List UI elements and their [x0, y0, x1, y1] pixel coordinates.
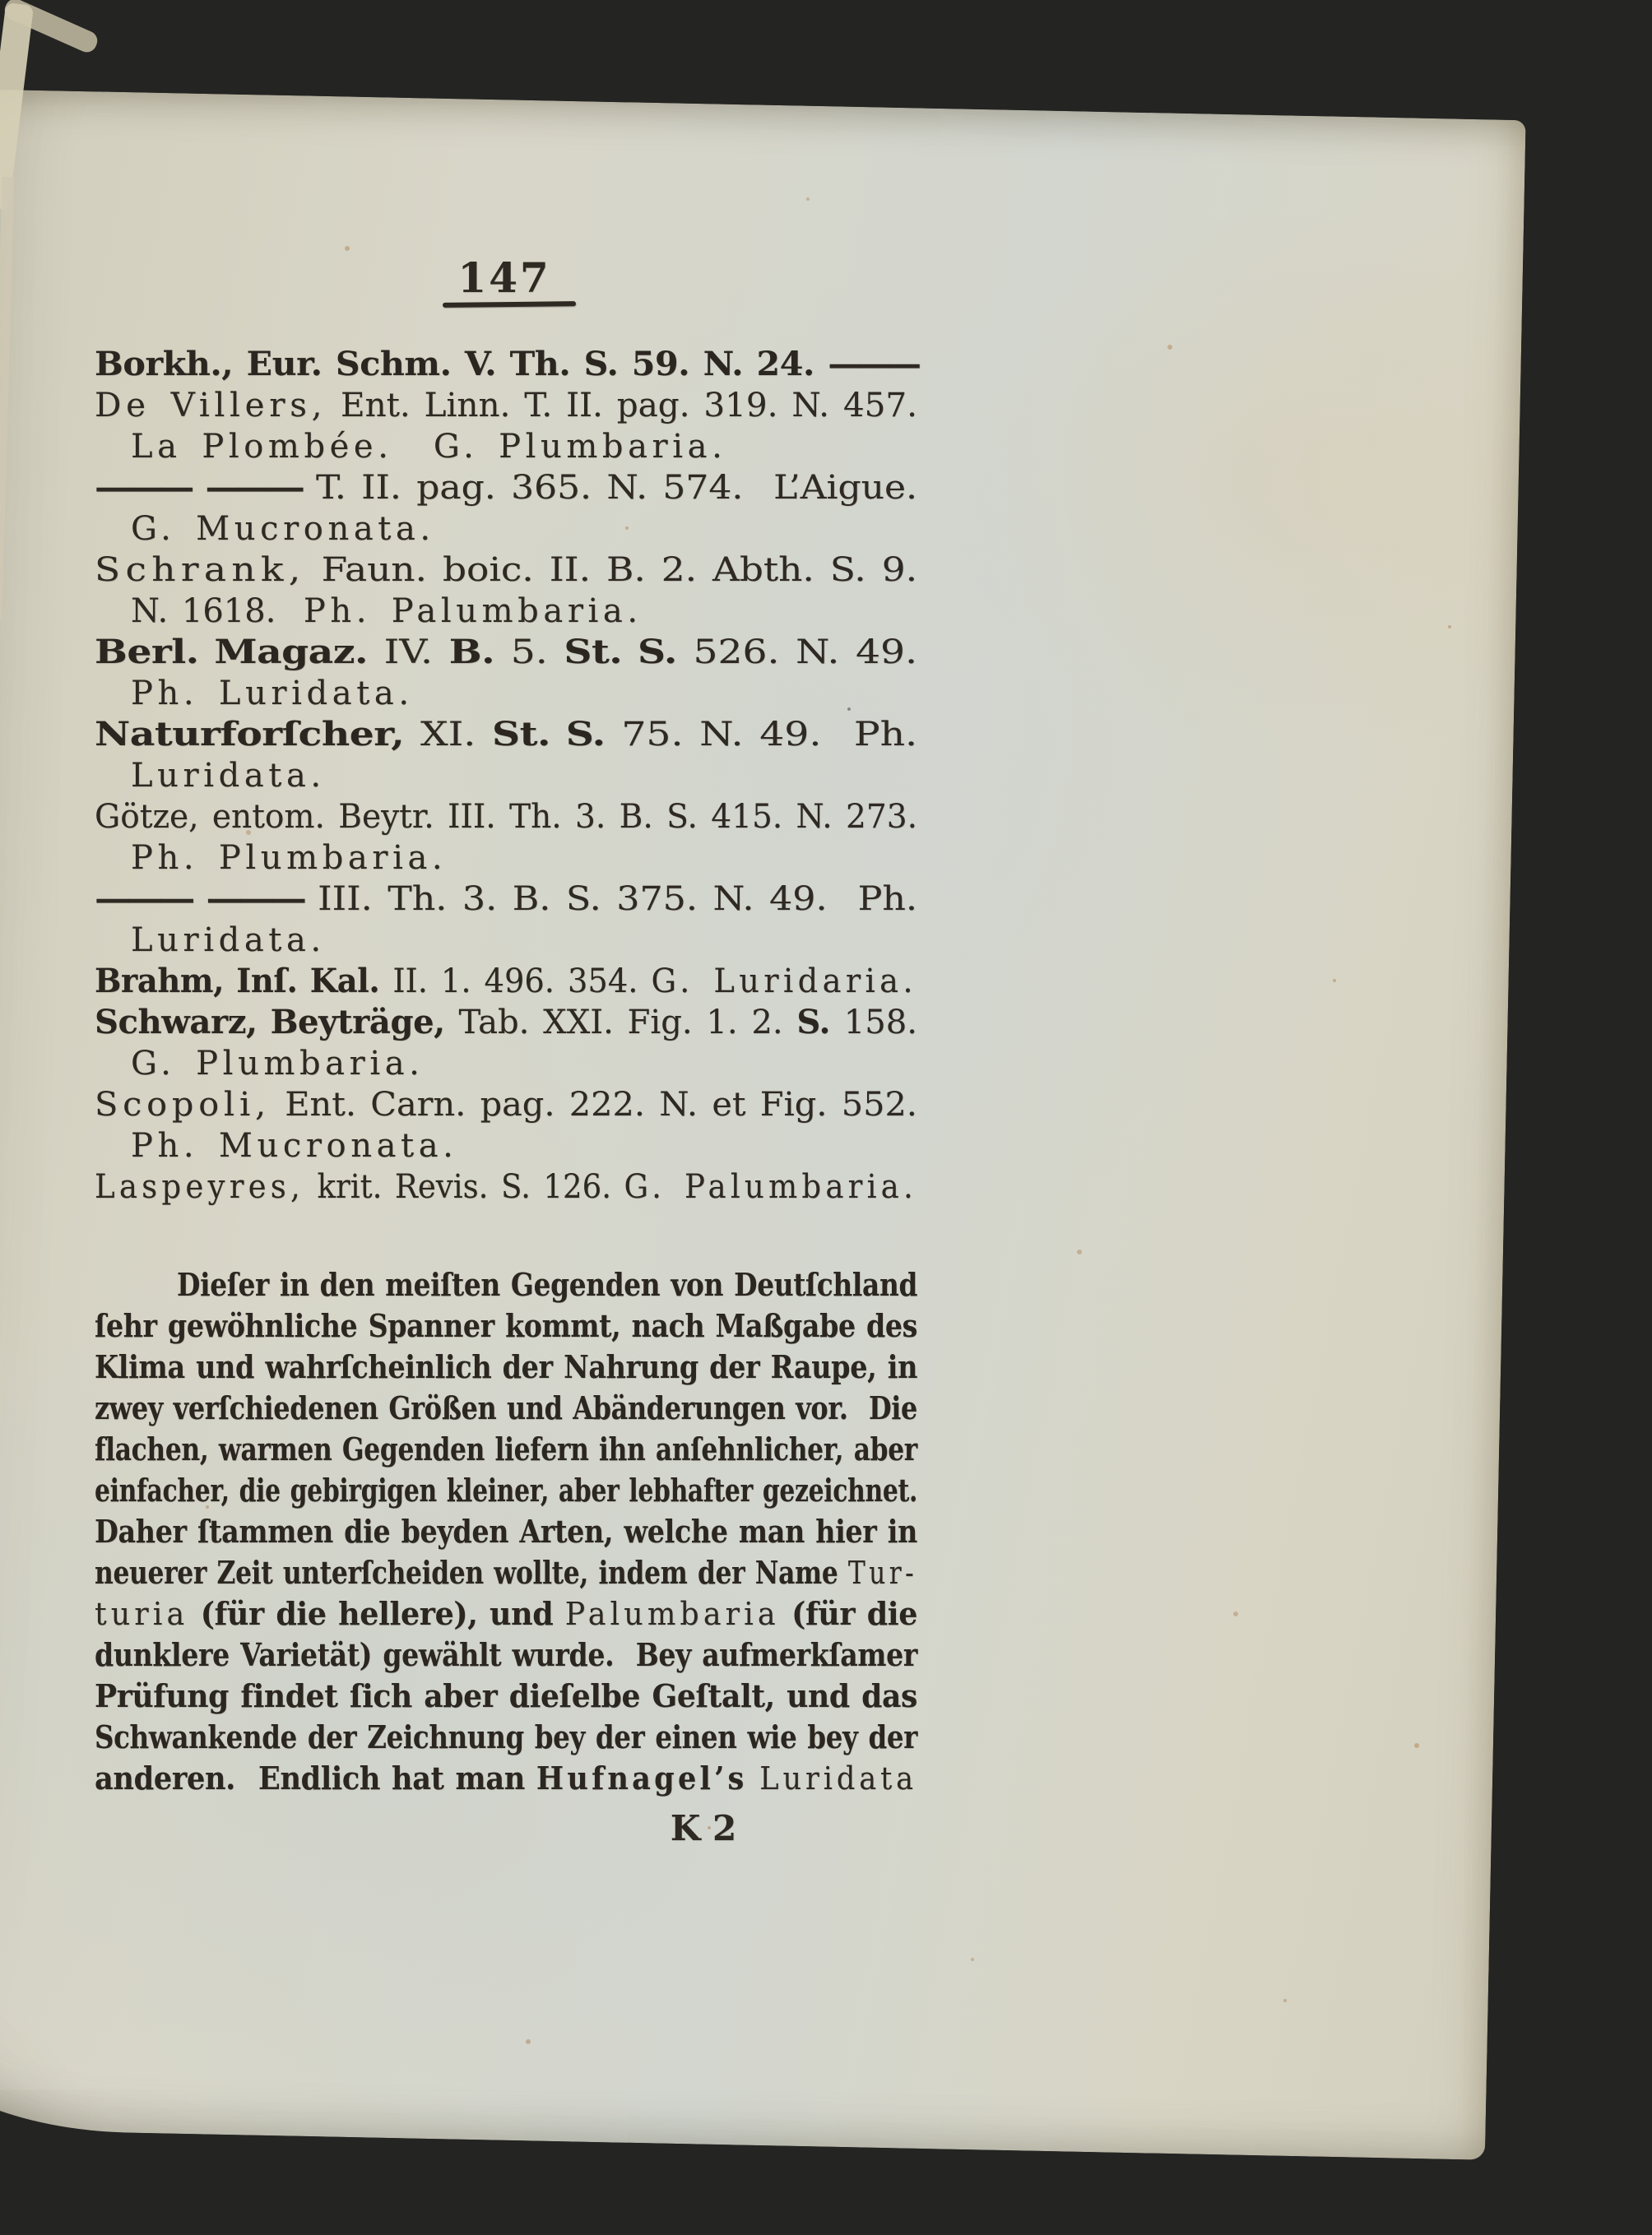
text-run: neuerer Zeit unterſcheiden wollte, indem…: [95, 1554, 848, 1591]
text-run: krit. Revis. S. 126.: [304, 1168, 624, 1206]
text-run: ſehr gewöhnliche Spanner kommt, nach Maß…: [95, 1307, 917, 1344]
signature-mark: K 2: [638, 1808, 769, 1848]
text-run: St. S.: [564, 633, 676, 671]
reference-line: Laspeyres, krit. Revis. S. 126. G. Palum…: [95, 1166, 917, 1208]
reference-line: G. Mucronata.: [95, 508, 917, 549]
paragraph-line: flachen, warmen Gegenden liefern ihn anſ…: [95, 1429, 917, 1470]
text-run: De Villers,: [95, 387, 327, 424]
paragraph-line: neuerer Zeit unterſcheiden wollte, indem…: [95, 1552, 917, 1593]
text-run: ———: [95, 879, 191, 918]
text-run: einfacher, die gebirgigen kleiner, aber …: [95, 1472, 917, 1509]
reference-line: Scopoli, Ent. Carn. pag. 222. N. et Fig.…: [95, 1084, 917, 1125]
reference-list: Borkh., Eur. Schm. V. Th. S. 59. N. 24. …: [95, 344, 917, 1208]
paragraph-line: Klima und wahrſcheinlich der Nahrung der…: [95, 1347, 917, 1388]
text-run: Hufnagel’s: [536, 1760, 748, 1797]
scan-background: 147 Borkh., Eur. Schm. V. Th. S. 59. N. …: [0, 0, 1652, 2235]
paragraph-line: Dieſer in den meiſten Gegenden von Deutſ…: [95, 1264, 917, 1305]
text-run: Schwarz, Beyträge,: [95, 1003, 445, 1041]
text-run: dunklere Varietät) gewählt wurde. Bey au…: [95, 1636, 917, 1673]
paragraph-line: Schwankende der Zeichnung bey der einen …: [95, 1717, 917, 1758]
text-run: Scopoli,: [95, 1086, 271, 1124]
reference-line: Brahm, Inſ. Kal. II. 1. 496. 354. G. Lur…: [95, 961, 917, 1002]
text-run: ———: [205, 468, 300, 507]
text-run: Berl. Magaz.: [95, 633, 368, 671]
text-run: G. Mucronata.: [131, 510, 435, 548]
text-run: S.: [796, 1003, 830, 1041]
reference-line: Ph. Luridata.: [95, 673, 917, 714]
paragraph-line: Prüfung findet ſich aber dieſelbe Geſtal…: [95, 1676, 917, 1717]
text-run: Schwankende der Zeichnung bey der einen …: [95, 1718, 917, 1755]
reference-line: Luridata.: [95, 920, 917, 961]
paragraph-line: ſehr gewöhnliche Spanner kommt, nach Maß…: [95, 1305, 917, 1347]
text-run: La Plombée. G. Plumbaria.: [131, 428, 726, 466]
text-run: T. II. pag. 365. N. 574. L’Aigue.: [301, 469, 917, 507]
page-number: 147: [422, 253, 587, 302]
text-run: [190, 469, 205, 507]
text-run: Borkh., Eur. Schm. V. Th. S. 59. N. 24.: [95, 345, 828, 383]
text-run: G. Plumbaria.: [131, 1045, 425, 1083]
text-run: Ent. Linn. T. II. pag. 319. N. 457.: [327, 387, 917, 424]
text-run: ———: [206, 879, 303, 918]
text-run: ———: [95, 468, 190, 507]
reference-line: Ph. Mucronata.: [95, 1125, 917, 1166]
text-run: 75. N. 49. Ph.: [606, 716, 917, 754]
reference-line: La Plombée. G. Plumbaria.: [95, 426, 917, 467]
text-run: Luridata.: [131, 757, 326, 795]
text-run: Ph. Luridata.: [131, 675, 414, 712]
text-run: III. Th. 3. B. S. 375. N. 49. Ph.: [303, 880, 917, 918]
reference-line: G. Plumbaria.: [95, 1043, 917, 1084]
paragraph-line: turia (für die hellere), und Palumbaria …: [95, 1593, 917, 1635]
text-run: Luridata: [759, 1760, 917, 1797]
text-run: B.: [449, 633, 494, 671]
paragraph-line: dunklere Varietät) gewählt wurde. Bey au…: [95, 1635, 917, 1676]
text-run: Klima und wahrſcheinlich der Nahrung der…: [95, 1348, 917, 1385]
text-run: Ph. Plumbaria.: [131, 839, 447, 877]
text-run: 158.: [830, 1004, 917, 1041]
text-run: Palumbaria: [565, 1596, 780, 1632]
reference-line: N. 1618. Ph. Palumbaria.: [95, 591, 917, 632]
text-run: II. 1. 496. 354.: [379, 962, 651, 1000]
text-run: Luridata.: [131, 921, 326, 959]
text-run: [191, 880, 206, 918]
reference-line: De Villers, Ent. Linn. T. II. pag. 319. …: [95, 385, 917, 426]
body-paragraph: Dieſer in den meiſten Gegenden von Deutſ…: [95, 1264, 917, 1799]
reference-line: Naturforſcher, XI. St. S. 75. N. 49. Ph.: [95, 714, 917, 755]
text-run: Dieſer in den meiſten Gegenden von Deutſ…: [177, 1266, 917, 1303]
text-run: anderen. Endlich hat man: [95, 1760, 536, 1797]
text-run: G. Luridaria.: [651, 962, 917, 1000]
text-run: St. S.: [492, 715, 606, 754]
text-run: zwey verſchiedenen Größen und Abänderung…: [95, 1389, 917, 1426]
text-run: G. Palumbaria.: [624, 1168, 917, 1206]
text-run: Naturforſcher,: [95, 715, 404, 754]
text-run: 526. N. 49.: [677, 633, 917, 671]
reference-line: ——— ——— III. Th. 3. B. S. 375. N. 49. Ph…: [95, 879, 917, 920]
paragraph-line: anderen. Endlich hat man Hufnagel’s Luri…: [95, 1758, 917, 1799]
text-run: Daher ſtammen die beyden Arten, welche m…: [95, 1513, 917, 1550]
text-run: Ph. Palumbaria.: [304, 592, 643, 630]
text-run: Laspeyres,: [95, 1168, 304, 1206]
text-run: 5.: [494, 633, 564, 671]
text-run: Prüfung findet ſich aber dieſelbe Geſtal…: [95, 1677, 917, 1714]
text-run: Tur-: [848, 1555, 917, 1591]
reference-line: ——— ——— T. II. pag. 365. N. 574. L’Aigue…: [95, 467, 917, 508]
text-run: Schrank,: [95, 551, 306, 589]
paragraph-line: zwey verſchiedenen Größen und Abänderung…: [95, 1388, 917, 1429]
reference-line: Götze, entom. Beytr. III. Th. 3. B. S. 4…: [95, 796, 917, 837]
text-run: Brahm, Inſ. Kal.: [95, 962, 379, 1000]
paper-specks: [0, 0, 3, 3]
text-run: turia: [95, 1596, 188, 1632]
text-run: [748, 1760, 760, 1797]
text-run: (für die hellere), und: [188, 1595, 565, 1632]
paragraph-line: Daher ſtammen die beyden Arten, welche m…: [95, 1511, 917, 1552]
text-run: N. 1618.: [131, 592, 304, 630]
reference-line: Luridata.: [95, 755, 917, 796]
reference-line: Ph. Plumbaria.: [95, 837, 917, 879]
text-run: Tab. XXI. Fig. 1. 2.: [445, 1004, 797, 1041]
reference-line: Schrank, Faun. boic. II. B. 2. Abth. S. …: [95, 549, 917, 591]
text-run: Ent. Carn. pag. 222. N. et Fig. 552.: [271, 1086, 917, 1124]
text-run: XI.: [404, 716, 492, 754]
text-run: Faun. boic. II. B. 2. Abth. S. 9.: [306, 551, 917, 589]
reference-line: Schwarz, Beyträge, Tab. XXI. Fig. 1. 2. …: [95, 1002, 917, 1043]
paragraph-line: einfacher, die gebirgigen kleiner, aber …: [95, 1470, 917, 1511]
text-run: ———: [828, 345, 917, 383]
text-run: IV.: [368, 633, 449, 671]
reference-line: Berl. Magaz. IV. B. 5. St. S. 526. N. 49…: [95, 632, 917, 673]
text-run: Götze, entom. Beytr. III. Th. 3. B. S. 4…: [95, 798, 917, 836]
text-run: (für die: [780, 1595, 917, 1632]
text-run: Ph. Mucronata.: [131, 1127, 457, 1165]
text-run: flachen, warmen Gegenden liefern ihn anſ…: [95, 1430, 917, 1468]
reference-line: Borkh., Eur. Schm. V. Th. S. 59. N. 24. …: [95, 344, 917, 385]
